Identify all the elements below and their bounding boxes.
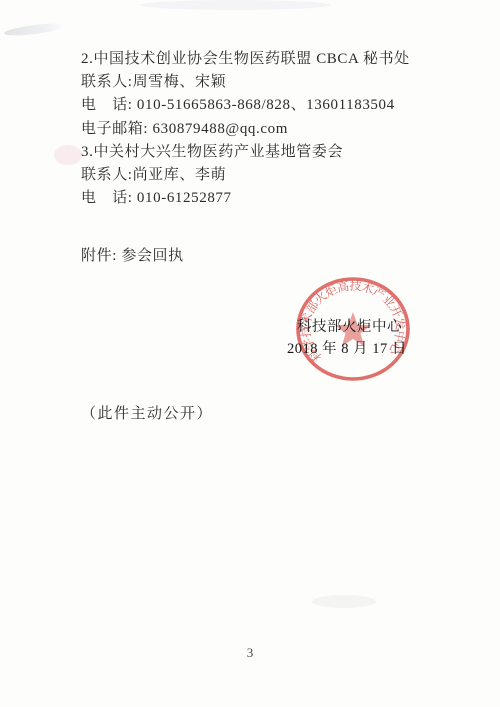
- scan-smudge: [4, 21, 67, 37]
- page-number: 3: [240, 645, 260, 661]
- attachment-line: 附件: 参会回执: [81, 248, 184, 265]
- contact-line-phone: 电 话: 010-61252877: [81, 190, 232, 207]
- seal-star-icon: [335, 312, 371, 346]
- contact-line-phone: 电 话: 010-51665863-868/828、13601183504: [81, 97, 395, 114]
- contact-line-email: 电子邮箱: 630879488@qq.com: [81, 121, 288, 138]
- scan-smudge: [312, 595, 376, 608]
- contact-line-org-2: 2.中国技术创业协会生物医药联盟 CBCA 秘书处: [81, 51, 410, 68]
- scan-smudge: [140, 0, 330, 10]
- contact-line-person: 联系人:尚亚库、李萌: [81, 167, 226, 184]
- official-red-seal: 科学技术部火炬高技术产业开发中心: [294, 275, 412, 383]
- contact-line-person: 联系人:周雪梅、宋颖: [81, 74, 226, 91]
- scan-smudge: [54, 145, 82, 165]
- contact-line-org-3: 3.中关村大兴生物医药产业基地管委会: [81, 144, 343, 161]
- scanned-document-page: 2.中国技术创业协会生物医药联盟 CBCA 秘书处 联系人:周雪梅、宋颖 电 话…: [0, 0, 500, 707]
- disclosure-note: （此件主动公开）: [81, 406, 213, 423]
